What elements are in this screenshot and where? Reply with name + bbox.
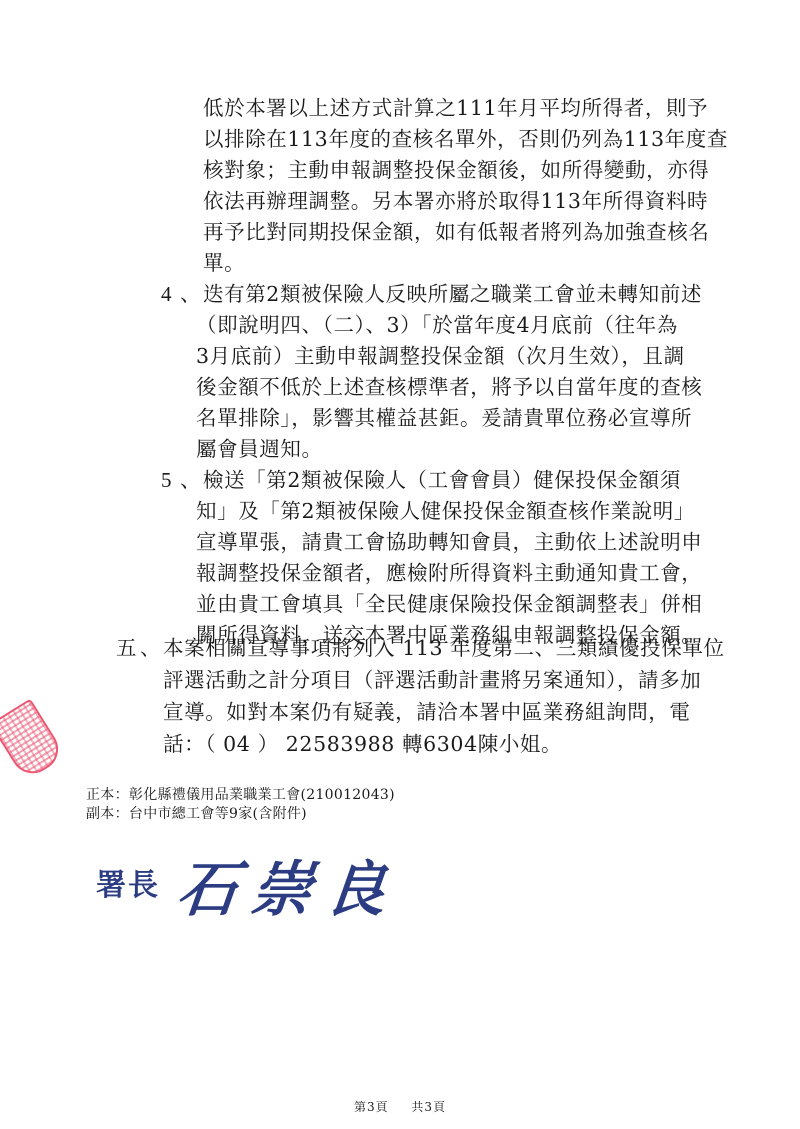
copy-recipient: 副本：台中市總工會等9家(含附件) — [86, 805, 307, 823]
text-line: 並由貴工會填具「全民健康保險投保金額調整表」併相 — [196, 592, 702, 616]
text-line: 宣導。如對本案仍有疑義，請洽本署中區業務組詢問，電 — [163, 700, 691, 724]
item-separator: 、 — [180, 282, 201, 306]
section-number: 五 — [116, 636, 137, 660]
text-line: 低於本署以上述方式計算之111年月平均所得者，則予 — [203, 96, 708, 120]
text-line: 話：（ 04 ） 22583988 轉6304陳小姐。 — [163, 732, 562, 756]
page-number: 第3頁 — [354, 1100, 389, 1114]
item-number: 5 — [161, 468, 172, 492]
text-line: 迭有第2類被保險人反映所屬之職業工會並未轉知前述 — [203, 282, 702, 306]
text-line: 報調整投保金額者，應檢附所得資料主動通知貴工會， — [196, 561, 702, 585]
page-footer: 第3頁 共3頁 — [0, 1098, 800, 1115]
item-number: 4 — [161, 282, 172, 306]
signature-name: 石崇良 — [173, 842, 404, 928]
text-line: 3月底前）主動申報調整投保金額（次月生效），且調 — [196, 344, 685, 368]
text-line: 名單排除」，影響其權益甚鉅。爰請貴單位務必宣導所 — [196, 406, 692, 430]
text-line: 後金額不低於上述查核標準者，將予以自當年度的查核 — [196, 375, 702, 399]
text-line: 宣導單張，請貴工會協助轉知會員，主動依上述說明申 — [196, 530, 702, 554]
text-line: （即說明四、（二）、3）「於當年度4月底前（往年為 — [196, 313, 678, 337]
text-line: 知」及「第2類被保險人健保投保金額查核作業說明」 — [196, 499, 695, 523]
item-separator: 、 — [180, 468, 201, 492]
text-line: 檢送「第2類被保險人（工會會員）健保投保金額須 — [203, 468, 681, 492]
text-line: 評選活動之計分項目（評選活動計畫將另案通知），請多加 — [163, 668, 701, 692]
text-line: 屬會員週知。 — [196, 437, 323, 461]
primary-recipient: 正本：彰化縣禮儀用品業職業工會(210012043) — [86, 786, 395, 804]
text-line: 以排除在113年度的查核名單外，否則仍列為113年度查 — [203, 127, 728, 151]
signature-title: 署長 — [96, 860, 160, 904]
text-line: 本案相關宣導事項將列入 113 年度第二、三類績優投保單位 — [163, 636, 725, 660]
page-total: 共3頁 — [411, 1100, 446, 1114]
text-line: 單。 — [203, 251, 245, 275]
seal-stamp-icon — [0, 698, 66, 781]
text-line: 核對象；主動申報調整投保金額後，如所得變動，亦得 — [203, 158, 709, 182]
section-separator: 、 — [140, 636, 161, 660]
text-line: 依法再辦理調整。另本署亦將於取得113年所得資料時 — [203, 189, 708, 213]
text-line: 再予比對同期投保金額，如有低報者將列為加強查核名 — [203, 220, 709, 244]
